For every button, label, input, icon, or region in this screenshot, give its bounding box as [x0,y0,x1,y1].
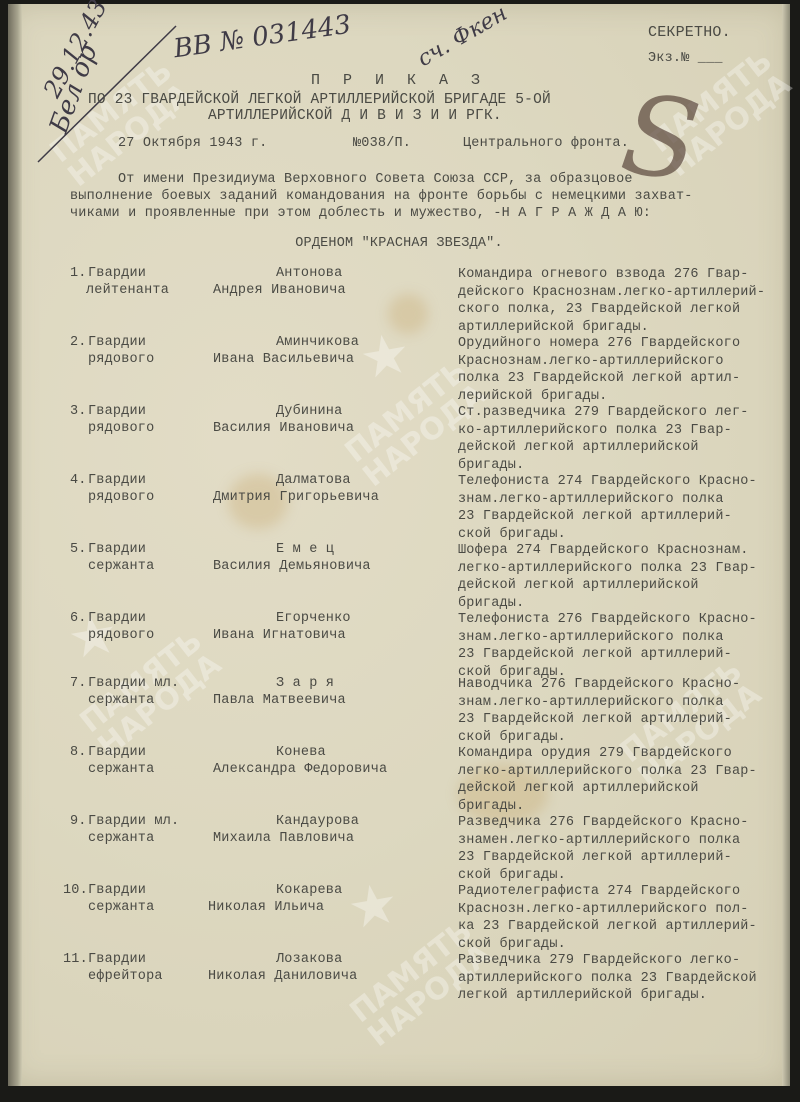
entry-surname: Далматова [276,473,351,488]
entry-rank-cont: сержанта [88,831,154,846]
document-page: ★ ПАМЯТЬНАРОДА ПАМЯТЬНАРОДА ПАМЯТЬНАРОДА… [8,4,790,1086]
entry-given-names: Ивана Игнатовича [213,628,346,643]
handwritten-signature: сч. Фкен [413,1,511,72]
entry-number: 9. [70,814,87,829]
entry-given-names: Михаила Павловича [213,831,354,846]
entry-rank: Гвардии [88,266,146,281]
entry-rank: Гвардии [88,473,146,488]
entry-surname: Антонова [276,266,342,281]
entry-rank-cont: сержанта [88,693,154,708]
entry-rank: Гвардии [88,611,146,626]
entry-rank-cont: лейтенанта [86,283,169,298]
entry-rank-cont: сержанта [88,762,154,777]
document-subtitle-line2: АРТИЛЛЕРИЙСКОЙ Д И В И З И И РГК. [208,108,502,124]
entry-given-names: Дмитрия Григорьевича [213,490,379,505]
entry-rank-cont: рядового [88,490,154,505]
entry-surname: Кокарева [276,883,342,898]
entry-rank: Гвардии мл. [88,676,179,691]
entry-rank: Гвардии [88,952,146,967]
entry-surname: Конева [276,745,326,760]
entry-surname: Дубинина [276,404,342,419]
entry-rank-cont: сержанта [88,559,154,574]
entry-rank-cont: рядового [88,421,154,436]
entry-rank-cont: сержанта [88,900,154,915]
entry-rank: Гвардии [88,542,146,557]
entry-number: 2. [70,335,87,350]
entry-description: Ст.разведчика 279 Гвардейского лег- ко-а… [458,404,788,474]
entry-given-names: Павла Матвеевича [213,693,346,708]
entry-surname: Лозакова [276,952,342,967]
document-date: 27 Октября 1943 г. [118,136,267,151]
entry-surname: З а р я [276,676,334,691]
entry-description: Орудийного номера 276 Гвардейского Красн… [458,335,788,405]
order-number: №038/П. [353,136,411,151]
entry-number: 1. [70,266,87,281]
entry-description: Разведчика 279 Гвардейского легко- артил… [458,952,788,1005]
entry-description: Командира орудия 279 Гвардейского легко-… [458,745,788,815]
preamble-line: выполнение боевых заданий командования н… [70,189,693,204]
classification-stamp: СЕКРЕТНО. [648,24,731,41]
preamble-line: От имени Президиума Верховного Совета Со… [118,172,633,187]
entry-given-names: Василия Ивановича [213,421,354,436]
entry-description: Наводчика 276 Гвардейского Красно- знам.… [458,676,788,746]
entry-given-names: Николая Ильича [208,900,324,915]
entry-description: Командира огневого взвода 276 Гвар- дейс… [458,266,788,336]
entry-description: Шофера 274 Гвардейского Краснознам. легк… [458,542,788,612]
scan-left-edge [8,4,22,1086]
entry-rank: Гвардии [88,745,146,760]
entry-rank: Гвардии [88,404,146,419]
entry-given-names: Василия Демьяновича [213,559,371,574]
entry-number: 8. [70,745,87,760]
entry-number: 7. [70,676,87,691]
entry-description: Телефониста 276 Гвардейского Красно- зна… [458,611,788,681]
watermark-star-icon: ★ [343,870,404,943]
document-subtitle-line1: ПО 23 ГВАРДЕЙСКОЙ ЛЕГКОЙ АРТИЛЛЕРИЙСКОЙ … [88,92,551,108]
entry-given-names: Андрея Ивановича [213,283,346,298]
entry-description: Радиотелеграфиста 274 Гвардейского Красн… [458,883,788,953]
entry-surname: Егорченко [276,611,351,626]
entry-surname: Е м е ц [276,542,334,557]
entry-number: 6. [70,611,87,626]
entry-rank-cont: рядового [88,352,154,367]
entry-number: 4. [70,473,87,488]
entry-surname: Аминчикова [276,335,359,350]
entry-number: 10. [63,883,88,898]
front-name: Центрального фронта. [463,136,629,151]
entry-rank: Гвардии [88,335,146,350]
entry-rank: Гвардии мл. [88,814,179,829]
entry-rank: Гвардии [88,883,146,898]
entry-description: Разведчика 276 Гвардейского Красно- знам… [458,814,788,884]
handwritten-number: ВВ № 031443 [172,10,353,65]
entry-number: 5. [70,542,87,557]
entry-given-names: Ивана Васильевича [213,352,354,367]
award-heading: ОРДЕНОМ "КРАСНАЯ ЗВЕЗДА". [8,236,790,251]
entry-given-names: Николая Даниловича [208,969,357,984]
entry-number: 11. [63,952,88,967]
copy-number: Экз.№ ___ [648,51,723,66]
entry-number: 3. [70,404,87,419]
preamble-line: чиками и проявленные при этом доблесть и… [70,206,651,221]
entry-rank-cont: ефрейтора [88,969,163,984]
document-title: П Р И К А З [8,72,790,89]
entry-given-names: Александра Федоровича [213,762,387,777]
entry-rank-cont: рядового [88,628,154,643]
entry-surname: Кандаурова [276,814,359,829]
entry-description: Телефониста 274 Гвардейского Красно- зна… [458,473,788,543]
